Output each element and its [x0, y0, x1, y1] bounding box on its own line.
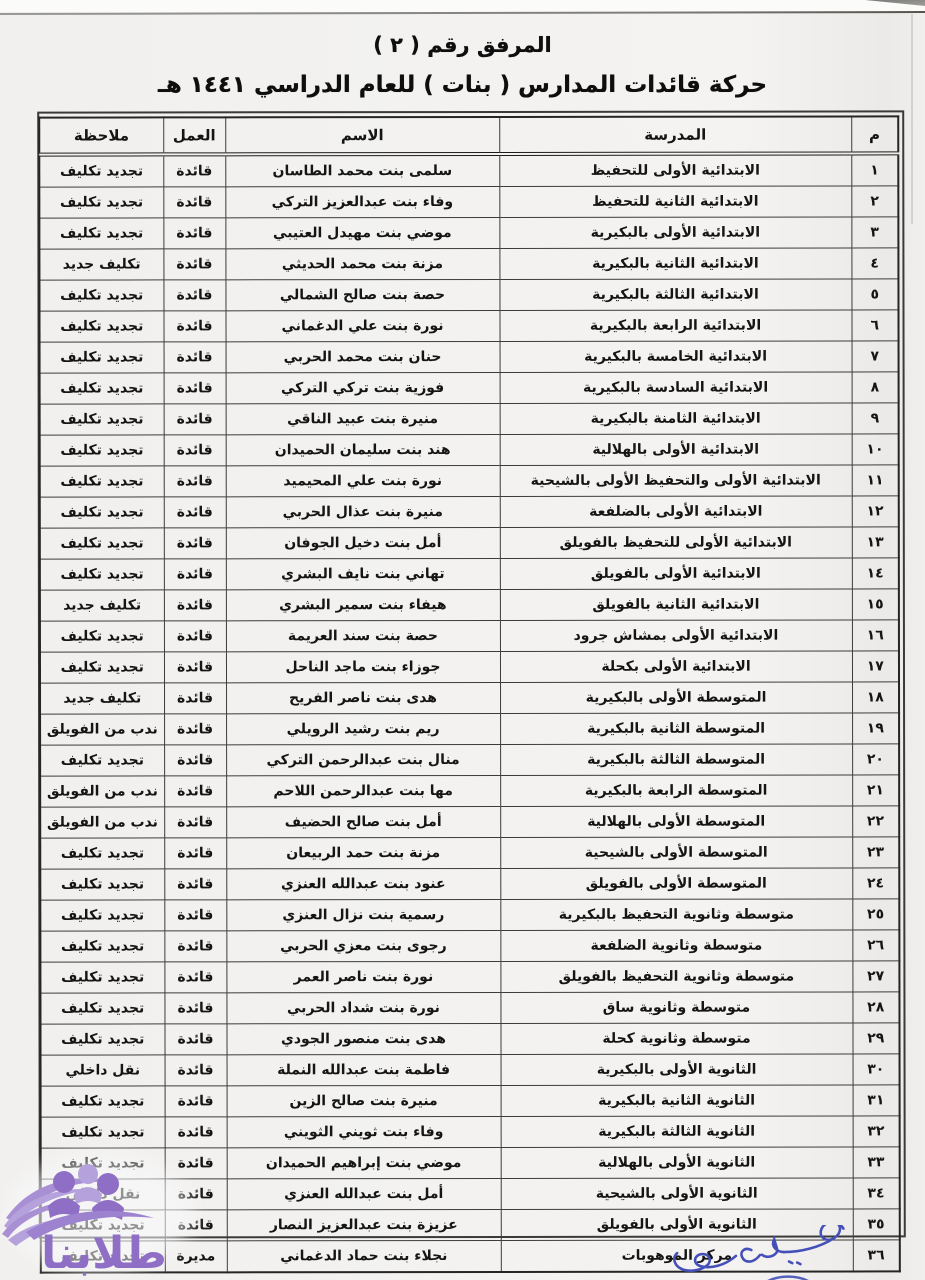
- note-cell: تجديد تكليف: [40, 838, 164, 869]
- row-number-cell: ٢٣: [852, 837, 899, 868]
- table-row: ٢٢ المتوسطة الأولى بالهلالية أمل بنت صال…: [40, 806, 899, 838]
- table-row: ٣ الابتدائية الأولى بالبكيرية موضي بنت م…: [39, 217, 898, 249]
- row-number-cell: ٧: [852, 341, 899, 372]
- job-title-cell: قائدة: [164, 528, 226, 559]
- leader-name-cell: منيرة بنت عبيد الناقي: [226, 403, 500, 434]
- school-cell: متوسطة وثانوية كحلة: [500, 1023, 852, 1054]
- note-cell: تكليف جديد: [40, 683, 164, 714]
- job-title-cell: قائدة: [164, 900, 226, 931]
- table-row: ٨ الابتدائية السادسة بالبكيرية فوزية بنت…: [40, 372, 899, 404]
- leader-name-cell: سلمى بنت محمد الطاسان: [225, 154, 499, 187]
- note-cell: تجديد تكليف: [40, 900, 164, 931]
- row-number-cell: ٢٥: [852, 899, 899, 930]
- leader-name-cell: أمل بنت عبدالله العنزي: [227, 1178, 501, 1209]
- scan-top-strip: [0, 0, 925, 12]
- school-cell: المتوسطة الأولى بالفويلق: [500, 868, 852, 899]
- school-cell: الابتدائية الأولى للتحفيظ بالفويلق: [500, 527, 852, 558]
- table-row: ١٧ الابتدائية الأولى بكحلة جوزاء بنت ماج…: [40, 651, 899, 683]
- table-row: ٢٥ متوسطة وثانوية التحفيظ بالبكيرية رسمي…: [40, 899, 899, 931]
- attachment-title: المرفق رقم ( ٢ ): [0, 33, 925, 57]
- note-cell: تجديد تكليف: [40, 528, 164, 559]
- table-row: ٢٤ المتوسطة الأولى بالفويلق عنود بنت عبد…: [40, 868, 899, 900]
- job-title-cell: قائدة: [164, 466, 226, 497]
- note-cell: تجديد تكليف: [41, 1086, 165, 1117]
- leader-name-cell: فاطمة بنت عبدالله النملة: [227, 1054, 501, 1085]
- row-number-cell: ١٠: [852, 434, 899, 465]
- note-cell: تجديد تكليف: [40, 869, 164, 900]
- table-row: ٧ الابتدائية الخامسة بالبكيرية حنان بنت …: [40, 341, 899, 373]
- school-cell: الابتدائية الأولى بمشاش جرود: [500, 620, 852, 651]
- row-number-cell: ٢٢: [852, 806, 899, 837]
- table-row: ١٤ الابتدائية الأولى بالفويلق تهاني بنت …: [40, 558, 899, 590]
- job-title-cell: قائدة: [164, 621, 226, 652]
- note-cell: تجديد تكليف: [39, 187, 163, 218]
- leader-name-cell: نورة بنت ناصر العمر: [226, 961, 500, 992]
- job-title-cell: مديرة: [165, 1241, 227, 1273]
- school-cell: الثانوية الأولى بالبكيرية: [501, 1054, 853, 1085]
- leader-name-cell: نورة بنت علي الدغماني: [225, 310, 499, 341]
- job-title-cell: قائدة: [164, 838, 226, 869]
- row-number-cell: ٣٤: [853, 1178, 900, 1209]
- column-header-name: الاسم: [225, 117, 499, 154]
- table-row: ٢١ المتوسطة الرابعة بالبكيرية مها بنت عب…: [40, 775, 899, 807]
- school-cell: الابتدائية الرابعة بالبكيرية: [499, 310, 851, 341]
- job-title-cell: قائدة: [163, 280, 225, 311]
- note-cell: تكليف جديد: [40, 590, 164, 621]
- row-number-cell: ٤: [851, 248, 898, 279]
- job-title-cell: قائدة: [165, 1210, 227, 1241]
- row-number-cell: ٢: [851, 186, 898, 217]
- signature-handwriting: [660, 1225, 860, 1280]
- leader-name-cell: هيفاء بنت سمير البشري: [226, 589, 500, 620]
- job-title-cell: قائدة: [164, 993, 226, 1024]
- table-row: ٣٤ الثانوية الأولى بالشيحية أمل بنت عبدا…: [41, 1178, 900, 1210]
- row-number-cell: ١٨: [852, 682, 899, 713]
- leader-name-cell: مزنة بنت حمد الربيعان: [226, 837, 500, 868]
- leader-name-cell: أمل بنت صالح الحضيف: [226, 806, 500, 837]
- school-cell: الابتدائية الأولى بالفويلق: [500, 558, 852, 589]
- table-row: ١٨ المتوسطة الأولى بالبكيرية هدى بنت ناص…: [40, 682, 899, 714]
- school-cell: المتوسطة الأولى بالشيحية: [500, 837, 852, 868]
- leader-name-cell: منال بنت عبدالرحمن التركي: [226, 744, 500, 775]
- row-number-cell: ١٢: [852, 496, 899, 527]
- leader-name-cell: موضي بنت إبراهيم الحميدان: [227, 1147, 501, 1178]
- note-cell: نقل داخلي: [41, 1055, 165, 1086]
- movements-table-frame: م المدرسة الاسم العمل ملاحظة ١ الابتدائي…: [37, 110, 906, 1238]
- table-row: ٢٩ متوسطة وثانوية كحلة هدى بنت منصور الج…: [40, 1023, 899, 1055]
- page-title: حركة قائدات المدارس ( بنات ) للعام الدرا…: [0, 72, 925, 98]
- row-number-cell: ٣٠: [853, 1054, 900, 1085]
- school-cell: الابتدائية الثانية بالفويلق: [500, 589, 852, 620]
- row-number-cell: ١٦: [852, 620, 899, 651]
- column-header-job: العمل: [163, 117, 225, 154]
- note-cell: تجديد تكليف: [40, 373, 164, 404]
- table-row: ٣٢ الثانوية الثالثة بالبكيرية وفاء بنت ث…: [41, 1116, 900, 1148]
- leader-name-cell: نورة بنت شداد الحربي: [226, 992, 500, 1023]
- note-cell: تجديد تكليف: [40, 745, 164, 776]
- row-number-cell: ٢٤: [852, 868, 899, 899]
- column-header-num: م: [851, 116, 898, 153]
- job-title-cell: قائدة: [164, 714, 226, 745]
- note-cell: تجديد تكليف: [41, 1241, 165, 1273]
- row-number-cell: ٢٦: [852, 930, 899, 961]
- scanned-page: المرفق رقم ( ٢ ) حركة قائدات المدارس ( ب…: [0, 0, 925, 1280]
- job-title-cell: قائدة: [165, 1086, 227, 1117]
- row-number-cell: ٣٢: [853, 1116, 900, 1147]
- job-title-cell: قائدة: [164, 745, 226, 776]
- school-cell: متوسطة وثانوية الضلفعة: [500, 930, 852, 961]
- note-cell: ندب من الفويلق: [40, 807, 164, 838]
- job-title-cell: قائدة: [164, 342, 226, 373]
- table-row: ٢٦ متوسطة وثانوية الضلفعة رجوى بنت معزي …: [40, 930, 899, 962]
- note-cell: تجديد تكليف: [39, 218, 163, 249]
- table-row: ٩ الابتدائية الثامنة بالبكيرية منيرة بنت…: [40, 403, 899, 435]
- column-header-school: المدرسة: [499, 116, 851, 153]
- table-row: ٣١ الثانوية الثانية بالبكيرية منيرة بنت …: [41, 1085, 900, 1117]
- note-cell: تجديد تكليف: [40, 435, 164, 466]
- school-cell: الابتدائية الأولى بالضلفعة: [500, 496, 852, 527]
- row-number-cell: ٨: [852, 372, 899, 403]
- note-cell: تجديد تكليف: [40, 342, 164, 373]
- leader-name-cell: وفاء بنت عبدالعزيز التركي: [225, 186, 499, 217]
- leader-name-cell: منيرة بنت صالح الزين: [227, 1085, 501, 1116]
- leader-name-cell: نورة بنت علي المحيميد: [226, 465, 500, 496]
- note-cell: تجديد تكليف: [41, 1210, 165, 1241]
- job-title-cell: قائدة: [164, 683, 226, 714]
- school-cell: المتوسطة الثانية بالبكيرية: [500, 713, 852, 744]
- job-title-cell: قائدة: [164, 807, 226, 838]
- table-row: ٤ الابتدائية الثانية بالبكيرية مزنة بنت …: [39, 248, 898, 280]
- note-cell: تجديد تكليف: [40, 404, 164, 435]
- job-title-cell: قائدة: [164, 435, 226, 466]
- note-cell: تجديد تكليف: [40, 931, 164, 962]
- row-number-cell: ١١: [852, 465, 899, 496]
- row-number-cell: ٢٨: [852, 992, 899, 1023]
- school-cell: متوسطة وثانوية ساق: [500, 992, 852, 1023]
- table-row: ٢٣ المتوسطة الأولى بالشيحية مزنة بنت حمد…: [40, 837, 899, 869]
- table-row: ٣٣ الثانوية الأولى بالهلالية موضي بنت إب…: [41, 1147, 900, 1179]
- leader-name-cell: هدى بنت منصور الجودي: [226, 1023, 500, 1054]
- table-row: ١٣ الابتدائية الأولى للتحفيظ بالفويلق أم…: [40, 527, 899, 559]
- leader-name-cell: ريم بنت رشيد الرويلي: [226, 713, 500, 744]
- table-row: ١١ الابتدائية الأولى والتحفيظ الأولى بال…: [40, 465, 899, 497]
- row-number-cell: ١٧: [852, 651, 899, 682]
- school-cell: الثانوية الأولى بالشيحية: [501, 1178, 853, 1209]
- leader-name-cell: حنان بنت محمد الحربي: [226, 341, 500, 372]
- table-row: ١٥ الابتدائية الثانية بالفويلق هيفاء بنت…: [40, 589, 899, 621]
- row-number-cell: ٥: [851, 279, 898, 310]
- school-cell: الثانوية الأولى بالهلالية: [501, 1147, 853, 1178]
- job-title-cell: قائدة: [164, 652, 226, 683]
- job-title-cell: قائدة: [164, 497, 226, 528]
- leader-name-cell: تهاني بنت نايف البشري: [226, 558, 500, 589]
- school-cell: الابتدائية الثالثة بالبكيرية: [499, 279, 851, 310]
- job-title-cell: قائدة: [164, 869, 226, 900]
- leader-name-cell: حصة بنت صالح الشمالي: [225, 279, 499, 310]
- table-row: ١٢ الابتدائية الأولى بالضلفعة منيرة بنت …: [40, 496, 899, 528]
- note-cell: تجديد تكليف: [40, 652, 164, 683]
- row-number-cell: ١٣: [852, 527, 899, 558]
- job-title-cell: قائدة: [164, 1024, 226, 1055]
- school-cell: المتوسطة الرابعة بالبكيرية: [500, 775, 852, 806]
- leader-name-cell: أمل بنت دخيل الجوفان: [226, 527, 500, 558]
- job-title-cell: قائدة: [163, 154, 225, 187]
- row-number-cell: ١٥: [852, 589, 899, 620]
- note-cell: تجديد تكليف: [39, 154, 163, 187]
- table-row: ٢ الابتدائية الثانية للتحفيظ وفاء بنت عب…: [39, 186, 898, 218]
- row-number-cell: ٣٣: [853, 1147, 900, 1178]
- leader-name-cell: مزنة بنت محمد الحديثي: [225, 248, 499, 279]
- leader-name-cell: عزيزة بنت عبدالعزيز النصار: [227, 1209, 501, 1240]
- job-title-cell: قائدة: [164, 373, 226, 404]
- row-number-cell: ٦: [851, 310, 898, 341]
- leader-name-cell: منيرة بنت عذال الحربي: [226, 496, 500, 527]
- school-cell: الابتدائية الأولى بكحلة: [500, 651, 852, 682]
- job-title-cell: قائدة: [164, 559, 226, 590]
- leader-name-cell: حصة بنت سند العريمة: [226, 620, 500, 651]
- leader-name-cell: موضي بنت مهيدل العتيبي: [225, 217, 499, 248]
- table-row: ٢٠ المتوسطة الثالثة بالبكيرية منال بنت ع…: [40, 744, 899, 776]
- row-number-cell: ٢٩: [852, 1023, 899, 1054]
- leader-name-cell: رسمية بنت نزال العنزي: [226, 899, 500, 930]
- column-header-note: ملاحظة: [39, 117, 163, 154]
- note-cell: تجديد تكليف: [40, 497, 164, 528]
- row-number-cell: ١: [851, 153, 898, 186]
- note-cell: تجديد تكليف: [39, 311, 163, 342]
- school-cell: المتوسطة الأولى بالهلالية: [500, 806, 852, 837]
- row-number-cell: ٣١: [853, 1085, 900, 1116]
- school-cell: المتوسطة الأولى بالبكيرية: [500, 682, 852, 713]
- row-number-cell: ٢٠: [852, 744, 899, 775]
- leader-name-cell: عنود بنت عبدالله العنزي: [226, 868, 500, 899]
- movements-table: م المدرسة الاسم العمل ملاحظة ١ الابتدائي…: [38, 115, 901, 1273]
- note-cell: تجديد تكليف: [41, 1117, 165, 1148]
- school-cell: المتوسطة الثالثة بالبكيرية: [500, 744, 852, 775]
- note-cell: ندب من الفويلق: [40, 714, 164, 745]
- school-cell: متوسطة وثانوية التحفيظ بالبكيرية: [500, 899, 852, 930]
- header-row: م المدرسة الاسم العمل ملاحظة: [39, 116, 898, 154]
- school-cell: الابتدائية الأولى والتحفيظ الأولى بالشيح…: [500, 465, 852, 496]
- school-cell: الابتدائية الثانية للتحفيظ: [499, 186, 851, 217]
- table-row: ٢٨ متوسطة وثانوية ساق نورة بنت شداد الحر…: [40, 992, 899, 1024]
- school-cell: الابتدائية الثامنة بالبكيرية: [500, 403, 852, 434]
- row-number-cell: ٢١: [852, 775, 899, 806]
- leader-name-cell: رجوى بنت معزي الحربي: [226, 930, 500, 961]
- note-cell: تجديد تكليف: [40, 993, 164, 1024]
- row-number-cell: ٩: [852, 403, 899, 434]
- table-row: ٢٧ متوسطة وثانوية التحفيظ بالفويلق نورة …: [40, 961, 899, 993]
- table-row: ١ الابتدائية الأولى للتحفيظ سلمى بنت محم…: [39, 153, 898, 187]
- job-title-cell: قائدة: [164, 404, 226, 435]
- row-number-cell: ١٩: [852, 713, 899, 744]
- job-title-cell: قائدة: [165, 1179, 227, 1210]
- job-title-cell: قائدة: [164, 962, 226, 993]
- table-row: ٣٠ الثانوية الأولى بالبكيرية فاطمة بنت ع…: [41, 1054, 900, 1086]
- leader-name-cell: مها بنت عبدالرحمن اللاحم: [226, 775, 500, 806]
- note-cell: تجديد تكليف: [40, 1024, 164, 1055]
- row-number-cell: ١٤: [852, 558, 899, 589]
- school-cell: الابتدائية السادسة بالبكيرية: [500, 372, 852, 403]
- note-cell: تكليف جديد: [39, 249, 163, 280]
- note-cell: تجديد تكليف: [40, 466, 164, 497]
- table-row: ١٦ الابتدائية الأولى بمشاش جرود حصة بنت …: [40, 620, 899, 652]
- row-number-cell: ٣: [851, 217, 898, 248]
- leader-name-cell: هدى بنت ناصر الفريح: [226, 682, 500, 713]
- job-title-cell: قائدة: [163, 187, 225, 218]
- school-cell: الابتدائية الأولى للتحفيظ: [499, 153, 851, 186]
- school-cell: الابتدائية الخامسة بالبكيرية: [500, 341, 852, 372]
- note-cell: تجديد تكليف: [40, 962, 164, 993]
- school-cell: الثانوية الثانية بالبكيرية: [501, 1085, 853, 1116]
- row-number-cell: ٢٧: [852, 961, 899, 992]
- note-cell: نقل داخلي: [41, 1179, 165, 1210]
- leader-name-cell: جوزاء بنت ماجد الناحل: [226, 651, 500, 682]
- school-cell: الثانوية الثالثة بالبكيرية: [501, 1116, 853, 1147]
- school-cell: متوسطة وثانوية التحفيظ بالفويلق: [500, 961, 852, 992]
- job-title-cell: قائدة: [163, 249, 225, 280]
- job-title-cell: قائدة: [163, 218, 225, 249]
- note-cell: ندب من الفويلق: [40, 776, 164, 807]
- job-title-cell: قائدة: [165, 1148, 227, 1179]
- table-row: ١٩ المتوسطة الثانية بالبكيرية ريم بنت رش…: [40, 713, 899, 745]
- school-cell: الابتدائية الثانية بالبكيرية: [499, 248, 851, 279]
- table-row: ٦ الابتدائية الرابعة بالبكيرية نورة بنت …: [39, 310, 898, 342]
- job-title-cell: قائدة: [164, 931, 226, 962]
- job-title-cell: قائدة: [163, 311, 225, 342]
- note-cell: تجديد تكليف: [39, 280, 163, 311]
- note-cell: تجديد تكليف: [41, 1148, 165, 1179]
- job-title-cell: قائدة: [164, 590, 226, 621]
- job-title-cell: قائدة: [164, 776, 226, 807]
- school-cell: الابتدائية الأولى بالبكيرية: [499, 217, 851, 248]
- school-cell: الابتدائية الأولى بالهلالية: [500, 434, 852, 465]
- note-cell: تجديد تكليف: [40, 621, 164, 652]
- job-title-cell: قائدة: [165, 1117, 227, 1148]
- job-title-cell: قائدة: [165, 1055, 227, 1086]
- table-row: ٥ الابتدائية الثالثة بالبكيرية حصة بنت ص…: [39, 279, 898, 311]
- leader-name-cell: فوزية بنت تركي التركي: [226, 372, 500, 403]
- leader-name-cell: نجلاء بنت حماد الدغماني: [227, 1240, 501, 1272]
- table-row: ١٠ الابتدائية الأولى بالهلالية هند بنت س…: [40, 434, 899, 466]
- leader-name-cell: وفاء بنت ثويني الثويني: [227, 1116, 501, 1147]
- leader-name-cell: هند بنت سليمان الحميدان: [226, 434, 500, 465]
- note-cell: تجديد تكليف: [40, 559, 164, 590]
